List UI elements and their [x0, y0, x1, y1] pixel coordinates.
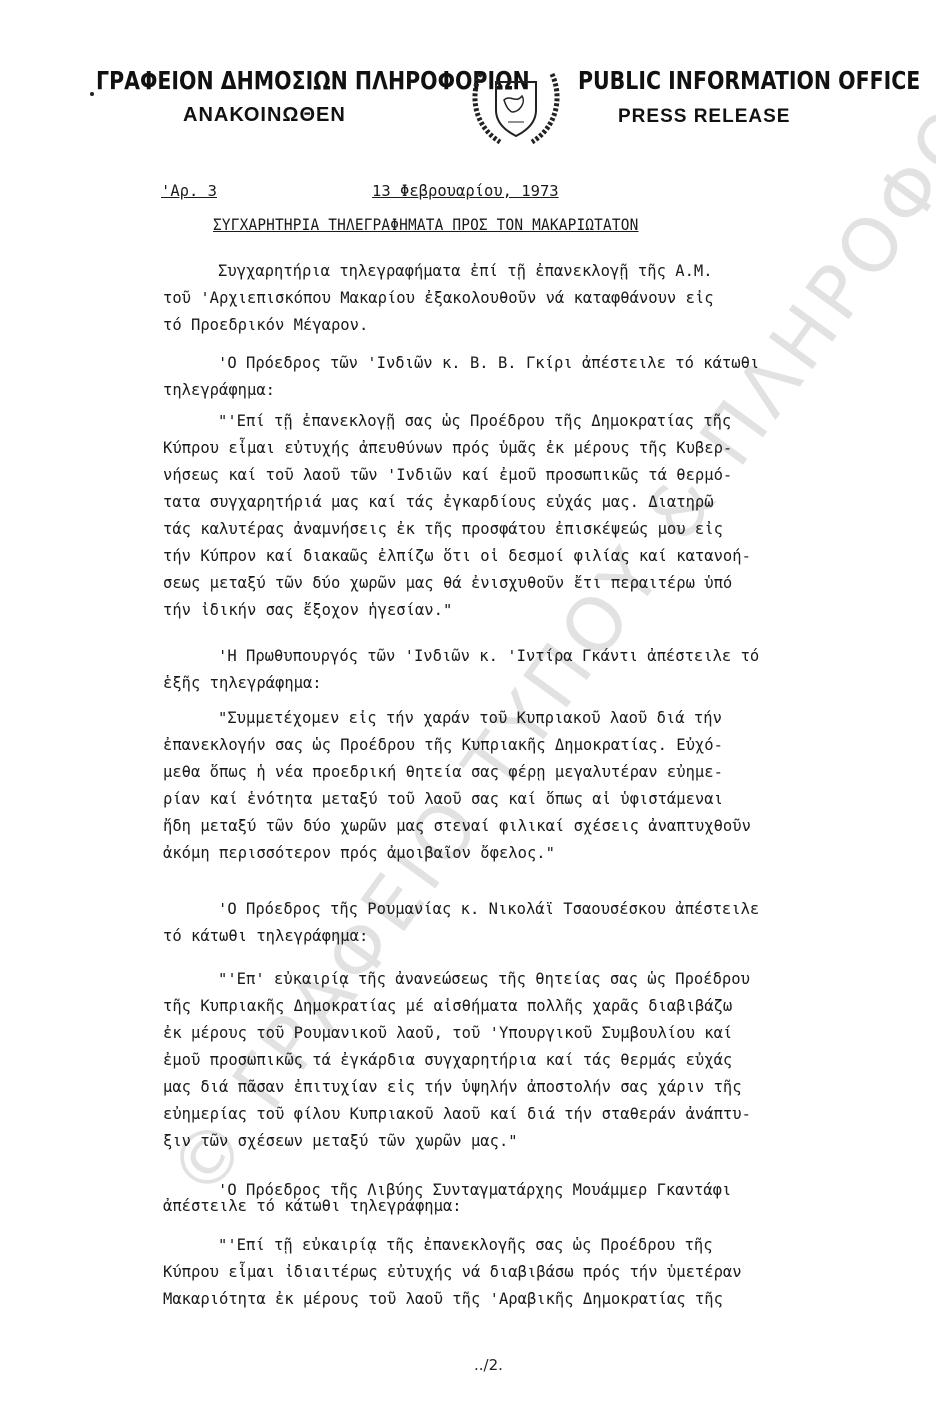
body-line: ἤδη μεταξύ τῶν δύο χωρῶν μας στεναί φιλι… — [163, 817, 751, 835]
body-line: ρίαν καί ἑνότητα μεταξύ τοῦ λαοῦ σας καί… — [163, 790, 723, 808]
english-subtitle: PRESS RELEASE — [618, 106, 790, 128]
page-continuation: ../2. — [474, 1356, 503, 1374]
greek-office-title: ΓΡΑΦΕΙΟΝ ΔΗΜΟΣΙΩΝ ΠΛΗΡΟΦΟΡΙΩΝ — [96, 66, 530, 95]
body-line: "Συμμετέχομεν εἰς τήν χαράν τοῦ Κυπριακο… — [218, 709, 722, 727]
release-number: 'Αρ. 3 — [161, 182, 217, 200]
body-line: τό κάτωθι τηλεγράφημα: — [163, 927, 368, 945]
body-line: τό Προεδρικόν Μέγαρον. — [163, 316, 368, 334]
body-line: 'Ο Πρόεδρος τῶν 'Ινδιῶν κ. Β. Β. Γκίρι ἀ… — [218, 354, 759, 372]
body-line: ἀκόμη περισσότερον πρός ἀμοιβαῖον ὄφελος… — [163, 844, 555, 862]
release-date: 13 Φεβρουαρίου, 1973 — [372, 182, 559, 200]
body-line: μας διά πᾶσαν ἐπιτυχίαν εἰς τήν ὑψηλήν ἀ… — [163, 1078, 742, 1096]
body-line: τάς καλυτέρας ἀναμνήσεις ἐκ τῆς προσφάτο… — [163, 520, 723, 538]
body-line: Κύπρου εἶμαι ἰδιαιτέρως εὐτυχής νά διαβι… — [163, 1263, 742, 1281]
english-office-title: PUBLIC INFORMATION OFFICE — [578, 66, 920, 95]
body-line: μεθα ὅπως ἡ νέα προεδρική θητεία σας φέρ… — [163, 763, 723, 781]
body-line: ἐπανεκλογήν σας ὡς Προέδρου τῆς Κυπριακῆ… — [163, 736, 723, 754]
press-release-page: © ΓΡΑΦΕΙΟ ΤΥΠΟΥ & ΠΛΗΡΟΦΟΡΙΩΝ - PIO ΓΡΑΦ… — [0, 0, 936, 1416]
body-line: τήν ἰδικήν σας ἔξοχον ἡγεσίαν." — [163, 601, 452, 619]
body-line: ἐκ μέρους τοῦ Ρουμανικοῦ λαοῦ, τοῦ 'Υπου… — [163, 1024, 732, 1042]
body-line: σεως μεταξύ τῶν δύο χωρῶν μας θά ἐνισχυθ… — [163, 574, 732, 592]
body-line: τατα συγχαρητήριά μας καί τάς ἐγκαρδίους… — [163, 493, 714, 511]
body-line: 'Η Πρωθυπουργός τῶν 'Ινδιῶν κ. 'Ιντίρα Γ… — [218, 647, 759, 665]
body-line: 'Ο Πρόεδρος τῆς Ρουμανίας κ. Νικολάϊ Τσα… — [218, 900, 759, 918]
greek-subtitle: ΑΝΑΚΟΙΝΩΘΕΝ — [183, 104, 346, 127]
cyprus-coat-of-arms-icon — [466, 60, 566, 150]
body-line: τήν Κύπρον καί διακαῶς ἐλπίζω ὅτι οἱ δεσ… — [163, 547, 751, 565]
ink-speck — [90, 92, 94, 96]
body-line: ἑξῆς τηλεγράφημα: — [163, 674, 322, 692]
body-line: τηλεγράφημα: — [163, 381, 275, 399]
body-line: "'Επί τῇ ἐπανεκλογῇ σας ὡς Προέδρου τῆς … — [218, 412, 731, 430]
body-line: Μακαριότητα ἐκ μέρους τοῦ λαοῦ τῆς 'Αραβ… — [163, 1290, 723, 1308]
body-line: ἐμοῦ προσωπικῶς τά ἐγκάρδια συγχαρητήρια… — [163, 1051, 732, 1069]
body-line: τοῦ 'Αρχιεπισκόπου Μακαρίου ἐξακολουθοῦν… — [163, 289, 714, 307]
body-line: Συγχαρητήρια τηλεγραφήματα ἐπί τῇ ἐπανεκ… — [218, 262, 713, 280]
body-line: "'Επ' εὐκαιρίᾳ τῆς ἀνανεώσεως τῆς θητεία… — [218, 970, 750, 988]
body-line: εὐημερίας τοῦ φίλου Κυπριακοῦ λαοῦ καί δ… — [163, 1105, 751, 1123]
body-line: ἀπέστειλε τό κάτωθι τηλεγράφημα: — [163, 1197, 462, 1215]
body-line: νήσεως καί τοῦ λαοῦ τῶν 'Ινδιῶν καί ἐμοῦ… — [163, 466, 732, 484]
body-line: τῆς Κυπριακῆς Δημοκρατίας μέ αἰσθήματα π… — [163, 997, 732, 1015]
body-line: "'Επί τῇ εὐκαιρίᾳ τῆς ἐπανεκλογῆς σας ὡς… — [218, 1236, 713, 1254]
body-line: Κύπρου εἶμαι εὐτυχής ἀπευθύνων πρός ὑμᾶς… — [163, 439, 732, 457]
body-line: ξιν τῶν σχέσεων μεταξύ τῶν χωρῶν μας." — [163, 1132, 518, 1150]
release-headline: ΣΥΓΧΑΡΗΤΗΡΙΑ ΤΗΛΕΓΡΑΦΗΜΑΤΑ ΠΡΟΣ ΤΟΝ ΜΑΚΑ… — [213, 216, 639, 234]
